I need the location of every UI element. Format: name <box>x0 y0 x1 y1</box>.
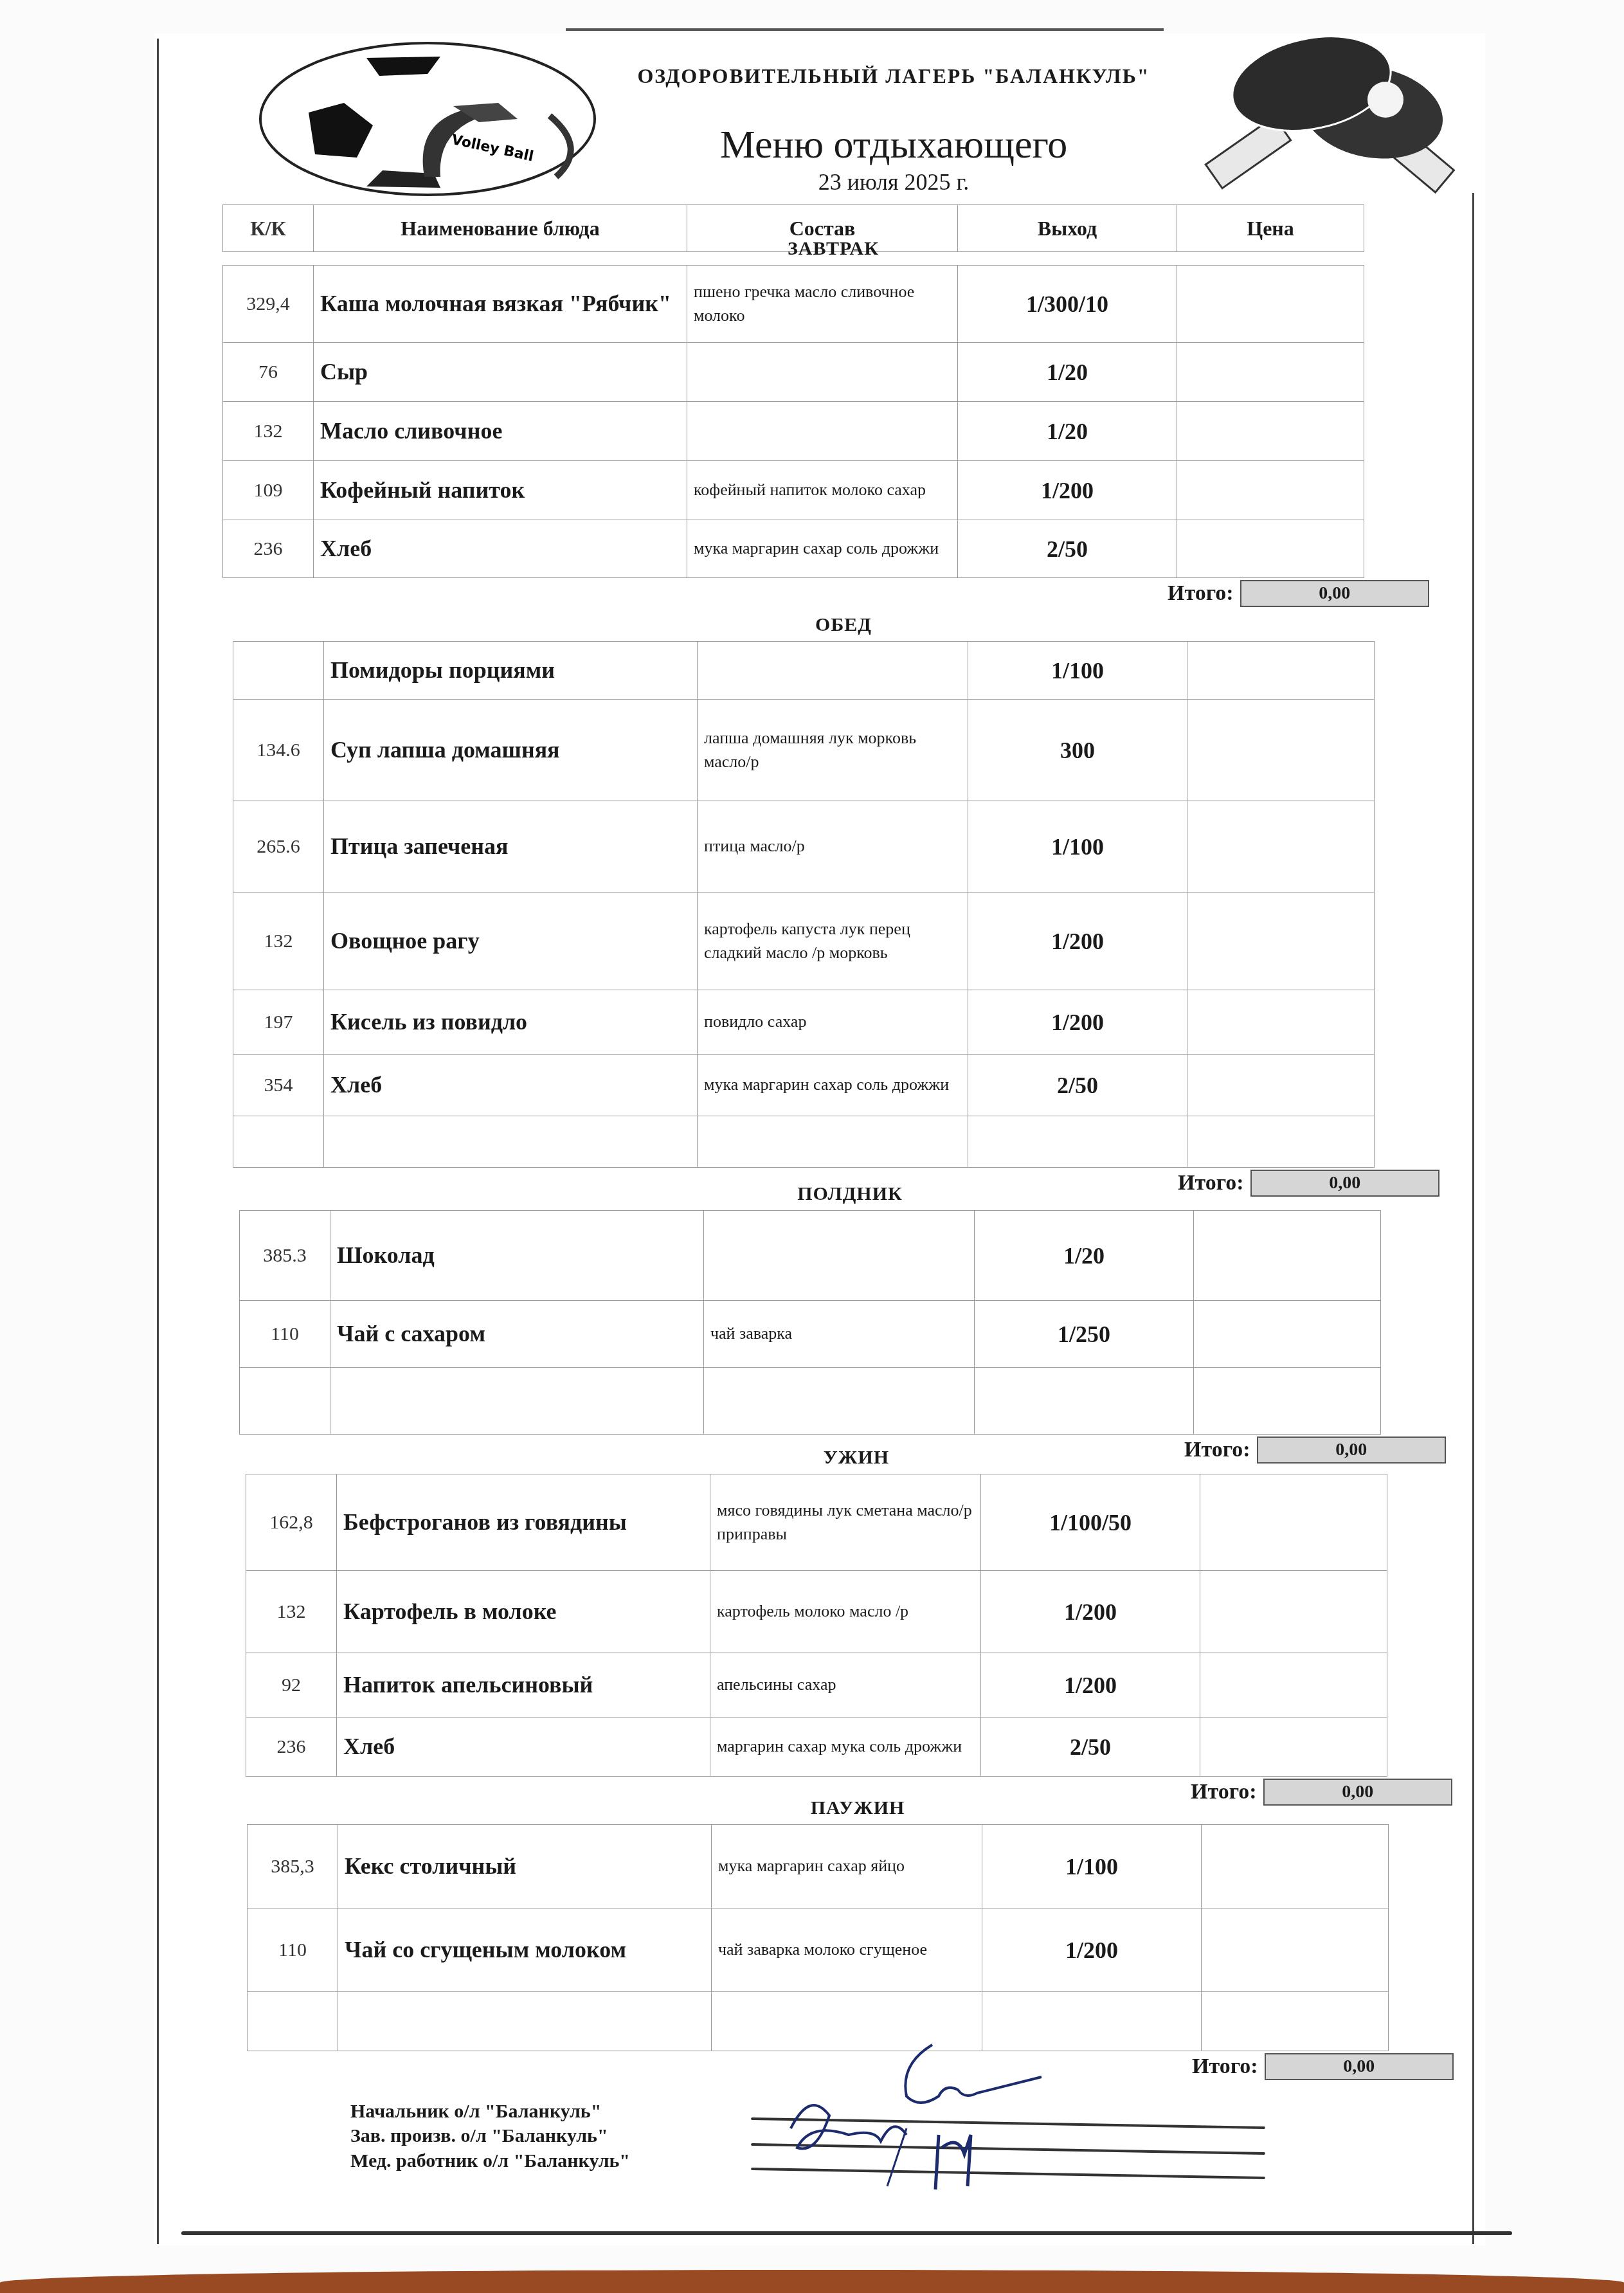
table-row <box>233 1116 1375 1168</box>
frame-line-left <box>157 39 159 2244</box>
section-total: Итого:0,00 <box>1191 1779 1452 1806</box>
dish-name: Птица запеченая <box>324 801 698 893</box>
total-value: 0,00 <box>1257 1437 1446 1464</box>
dish-composition <box>704 1368 975 1435</box>
total-label: Итого: <box>1191 1780 1257 1804</box>
dish-price <box>1187 1116 1375 1168</box>
dish-code: 132 <box>246 1571 337 1653</box>
table-row: 132Картофель в молокекартофель молоко ма… <box>246 1571 1387 1653</box>
dish-code: 162,8 <box>246 1474 337 1571</box>
dish-code: 76 <box>223 343 314 402</box>
dish-price <box>1177 461 1364 520</box>
dish-price <box>1187 642 1375 700</box>
dish-name: Напиток апельсиновый <box>337 1653 710 1717</box>
table-surface <box>0 2270 1624 2293</box>
frame-line-right <box>1472 193 1474 2244</box>
dish-yield: 2/50 <box>981 1717 1200 1777</box>
dish-composition: мука маргарин сахар яйцо <box>712 1825 982 1908</box>
dish-price <box>1187 801 1375 893</box>
section-title: ПАУЖИН <box>729 1797 986 1819</box>
dish-composition: чай заварка молоко сгущеное <box>712 1908 982 1992</box>
dish-composition <box>687 343 958 402</box>
dish-name: Овощное рагу <box>324 893 698 990</box>
dish-yield: 2/50 <box>958 520 1177 578</box>
dish-name: Кофейный напиток <box>314 461 687 520</box>
dish-price <box>1200 1474 1387 1571</box>
dish-price <box>1194 1301 1381 1368</box>
dish-price <box>1202 1992 1389 2051</box>
dish-code: 92 <box>246 1653 337 1717</box>
menu-section-table: 385.3Шоколад1/20110Чай с сахаромчай зава… <box>239 1210 1381 1435</box>
total-label: Итого: <box>1178 1171 1244 1195</box>
dish-price <box>1202 1908 1389 1992</box>
dish-yield: 1/200 <box>981 1571 1200 1653</box>
dish-code: 329,4 <box>223 266 314 343</box>
dish-name <box>324 1116 698 1168</box>
dish-yield: 300 <box>968 700 1187 801</box>
dish-price <box>1202 1825 1389 1908</box>
section-title: ЗАВТРАК <box>705 238 962 260</box>
section-title: УЖИН <box>728 1447 985 1469</box>
dish-code: 354 <box>233 1055 324 1116</box>
table-row: 76Сыр1/20 <box>223 343 1364 402</box>
signature-label-director: Начальник о/л "Баланкуль" <box>350 2099 630 2124</box>
dish-yield <box>968 1116 1187 1168</box>
dish-composition: картофель капуста лук перец сладкий масл… <box>698 893 968 990</box>
total-value: 0,00 <box>1240 580 1429 607</box>
dish-price <box>1200 1717 1387 1777</box>
handwritten-signatures <box>771 2038 1132 2193</box>
dish-code: 385,3 <box>248 1825 338 1908</box>
table-row: 385.3Шоколад1/20 <box>240 1211 1381 1301</box>
dish-composition: лапша домашняя лук морковь масло/р <box>698 700 968 801</box>
organization-name: ОЗДОРОВИТЕЛЬНЫЙ ЛАГЕРЬ "БАЛАНКУЛЬ" <box>604 64 1183 88</box>
table-row: 236Хлебмаргарин сахар мука соль дрожжи2/… <box>246 1717 1387 1777</box>
header-price: Цена <box>1177 205 1364 252</box>
table-row: 197Кисель из повидлоповидло сахар1/200 <box>233 990 1375 1055</box>
section-title: ПОЛДНИК <box>721 1183 979 1205</box>
dish-price <box>1194 1211 1381 1301</box>
dish-name: Шоколад <box>330 1211 704 1301</box>
dish-yield: 1/300/10 <box>958 266 1177 343</box>
dish-name: Сыр <box>314 343 687 402</box>
dish-name: Помидоры порциями <box>324 642 698 700</box>
section-total: Итого:0,00 <box>1184 1437 1446 1464</box>
header-name: Наименование блюда <box>314 205 687 252</box>
dish-yield: 1/200 <box>982 1908 1202 1992</box>
menu-date: 23 июля 2025 г. <box>707 168 1080 195</box>
dish-code: 236 <box>223 520 314 578</box>
total-value: 0,00 <box>1263 1779 1452 1806</box>
dish-code: 385.3 <box>240 1211 330 1301</box>
dish-yield: 1/20 <box>958 402 1177 461</box>
dish-price <box>1177 343 1364 402</box>
dish-name <box>338 1992 712 2051</box>
dish-price <box>1187 700 1375 801</box>
dish-name: Чай с сахаром <box>330 1301 704 1368</box>
dish-code: 265.6 <box>233 801 324 893</box>
dish-composition: маргарин сахар мука соль дрожжи <box>710 1717 981 1777</box>
section-title: ОБЕД <box>715 614 972 636</box>
dish-name <box>330 1368 704 1435</box>
dish-name: Кисель из повидло <box>324 990 698 1055</box>
dish-yield: 1/200 <box>958 461 1177 520</box>
table-row <box>240 1368 1381 1435</box>
dish-price <box>1177 520 1364 578</box>
dish-yield: 1/200 <box>981 1653 1200 1717</box>
dish-yield: 1/200 <box>968 893 1187 990</box>
table-row: Помидоры порциями1/100 <box>233 642 1375 700</box>
table-row: 132Овощное рагукартофель капуста лук пер… <box>233 893 1375 990</box>
dish-name: Чай со сгущеным молоком <box>338 1908 712 1992</box>
menu-section-table: 385,3Кекс столичныймука маргарин сахар я… <box>247 1824 1389 2051</box>
dish-code: 134.6 <box>233 700 324 801</box>
table-row: 134.6Суп лапша домашняялапша домашняя лу… <box>233 700 1375 801</box>
dish-name: Каша молочная вязкая "Рябчик" <box>314 266 687 343</box>
dish-yield: 1/100 <box>982 1825 1202 1908</box>
dish-name: Хлеб <box>337 1717 710 1777</box>
dish-yield <box>975 1368 1194 1435</box>
frame-line-bottom <box>181 2231 1512 2235</box>
dish-yield: 1/200 <box>968 990 1187 1055</box>
dish-yield: 2/50 <box>968 1055 1187 1116</box>
table-row: 236Хлебмука маргарин сахар соль дрожжи2/… <box>223 520 1364 578</box>
section-total: Итого:0,00 <box>1192 2053 1454 2080</box>
signature-label-medical: Мед. работник о/л "Баланкуль" <box>350 2149 630 2173</box>
total-label: Итого: <box>1168 581 1234 606</box>
dish-code: 132 <box>223 402 314 461</box>
menu-section-table: 162,8Бефстроганов из говядинымясо говяди… <box>246 1474 1387 1777</box>
table-row: 110Чай со сгущеным молокомчай заварка мо… <box>248 1908 1389 1992</box>
total-value: 0,00 <box>1250 1170 1439 1197</box>
dish-yield: 1/250 <box>975 1301 1194 1368</box>
menu-section-table: 329,4Каша молочная вязкая "Рябчик"пшено … <box>222 265 1364 578</box>
dish-composition: чай заварка <box>704 1301 975 1368</box>
dish-yield: 1/100/50 <box>981 1474 1200 1571</box>
dish-name: Хлеб <box>324 1055 698 1116</box>
signature-label-production-head: Зав. произв. о/л "Баланкуль" <box>350 2124 630 2148</box>
dish-name: Картофель в молоке <box>337 1571 710 1653</box>
dish-composition <box>698 642 968 700</box>
dish-code: 109 <box>223 461 314 520</box>
table-row: 110Чай с сахаромчай заварка1/250 <box>240 1301 1381 1368</box>
table-row: 162,8Бефстроганов из говядинымясо говяди… <box>246 1474 1387 1571</box>
dish-name: Суп лапша домашняя <box>324 700 698 801</box>
table-row: 354Хлебмука маргарин сахар соль дрожжи2/… <box>233 1055 1375 1116</box>
dish-price <box>1194 1368 1381 1435</box>
dish-code: 236 <box>246 1717 337 1777</box>
dish-code: 110 <box>240 1301 330 1368</box>
dish-composition: мука маргарин сахар соль дрожжи <box>687 520 958 578</box>
dish-code: 110 <box>248 1908 338 1992</box>
volleyball-icon: Volley Ball <box>254 39 601 199</box>
dish-code: 197 <box>233 990 324 1055</box>
menu-section-table: Помидоры порциями1/100134.6Суп лапша дом… <box>233 641 1375 1168</box>
dish-composition: пшено гречка масло сливочное молоко <box>687 266 958 343</box>
section-total: Итого:0,00 <box>1178 1170 1439 1197</box>
table-row: 132Масло сливочное1/20 <box>223 402 1364 461</box>
page-title: Меню отдыхающего <box>643 122 1144 168</box>
dish-name: Кекс столичный <box>338 1825 712 1908</box>
total-label: Итого: <box>1192 2054 1258 2079</box>
dish-composition <box>687 402 958 461</box>
dish-price <box>1177 266 1364 343</box>
frame-line-top <box>566 28 1164 31</box>
dish-price <box>1177 402 1364 461</box>
dish-yield: 1/20 <box>958 343 1177 402</box>
dish-composition: картофель молоко масло /р <box>710 1571 981 1653</box>
header-code: К/К <box>223 205 314 252</box>
signature-labels: Начальник о/л "Баланкуль" Зав. произв. о… <box>350 2099 630 2173</box>
table-row: 385,3Кекс столичныймука маргарин сахар я… <box>248 1825 1389 1908</box>
dish-price <box>1187 990 1375 1055</box>
total-value: 0,00 <box>1265 2053 1454 2080</box>
dish-composition: повидло сахар <box>698 990 968 1055</box>
total-label: Итого: <box>1184 1438 1250 1462</box>
dish-composition: кофейный напиток молоко сахар <box>687 461 958 520</box>
dish-price <box>1187 893 1375 990</box>
ping-pong-paddles-icon <box>1199 29 1469 196</box>
table-row: 109Кофейный напитоккофейный напиток моло… <box>223 461 1364 520</box>
dish-composition: мясо говядины лук сметана масло/р припра… <box>710 1474 981 1571</box>
dish-code: 132 <box>233 893 324 990</box>
section-total: Итого:0,00 <box>1168 580 1429 607</box>
dish-composition: мука маргарин сахар соль дрожжи <box>698 1055 968 1116</box>
table-row: 92Напиток апельсиновыйапельсины сахар1/2… <box>246 1653 1387 1717</box>
header-yield: Выход <box>958 205 1177 252</box>
dish-price <box>1187 1055 1375 1116</box>
dish-name: Бефстроганов из говядины <box>337 1474 710 1571</box>
dish-code <box>233 1116 324 1168</box>
dish-price <box>1200 1571 1387 1653</box>
dish-price <box>1200 1653 1387 1717</box>
dish-name: Хлеб <box>314 520 687 578</box>
dish-composition <box>698 1116 968 1168</box>
dish-yield: 1/20 <box>975 1211 1194 1301</box>
dish-code <box>248 1992 338 2051</box>
table-row: 265.6Птица запеченаяптица масло/р1/100 <box>233 801 1375 893</box>
dish-code <box>240 1368 330 1435</box>
dish-composition: птица масло/р <box>698 801 968 893</box>
table-row: 329,4Каша молочная вязкая "Рябчик"пшено … <box>223 266 1364 343</box>
dish-code <box>233 642 324 700</box>
dish-composition <box>704 1211 975 1301</box>
dish-name: Масло сливочное <box>314 402 687 461</box>
dish-yield: 1/100 <box>968 801 1187 893</box>
dish-composition: апельсины сахар <box>710 1653 981 1717</box>
dish-yield: 1/100 <box>968 642 1187 700</box>
